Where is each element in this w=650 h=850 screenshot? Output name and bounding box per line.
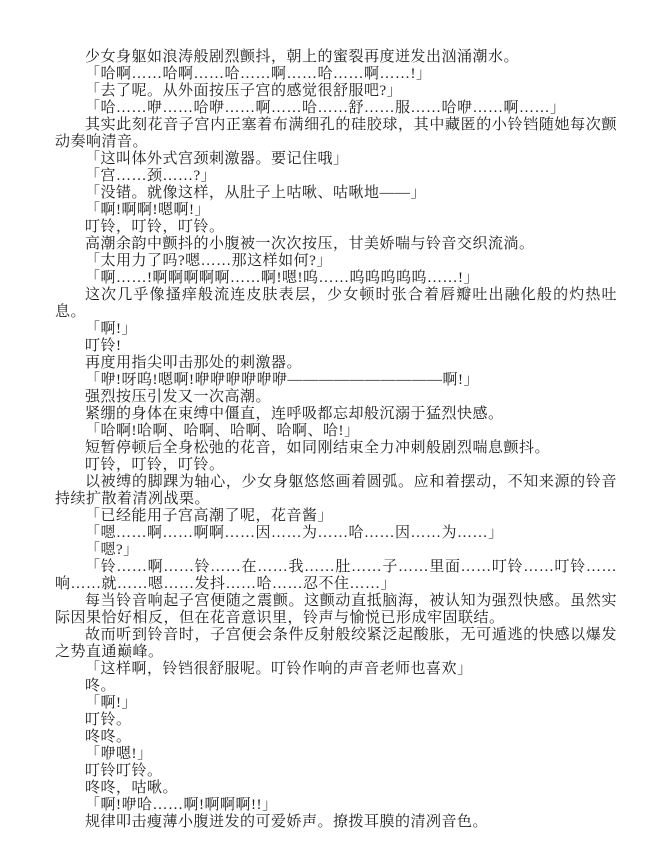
narrative-paragraph: 高潮余韵中颤抖的小腹被一次次按压，甘美娇喘与铃音交织流淌。 [55, 236, 617, 253]
narrative-paragraph: 再度用指尖叩击那处的刺激器。 [55, 355, 617, 372]
narrative-paragraph: 其实此刻花音子宫内正塞着布满细孔的硅胶球，其中藏匿的小铃铛随她每次颤动奏响清音。 [55, 117, 617, 151]
narrative-paragraph: 紧绷的身体在束缚中僵直，连呼吸都忘却般沉溺于猛烈快感。 [55, 406, 617, 423]
narrative-paragraph: 规律叩击瘦薄小腹迸发的可爱娇声。撩拨耳膜的清冽音色。 [55, 814, 617, 831]
narrative-paragraph: 短暂停顿后全身松弛的花音，如同刚结束全力冲刺般剧烈喘息颤抖。 [55, 440, 617, 457]
narrative-paragraph: 叮铃，叮铃，叮铃。 [55, 457, 617, 474]
narrative-paragraph: 叮铃叮铃。 [55, 763, 617, 780]
dialogue-line: 「这叫体外式宫颈刺激器。要记住哦」 [55, 151, 617, 168]
dialogue-line: 「没错。就像这样，从肚子上咕啾、咕啾地——」 [55, 185, 617, 202]
narrative-paragraph: 每当铃音响起子宫便随之震颤。这颤动直抵脑海，被认知为强烈快感。虽然实际因果恰好相… [55, 593, 617, 627]
narrative-paragraph: 叮铃。 [55, 712, 617, 729]
dialogue-line: 「宫……颈……?」 [55, 168, 617, 185]
narrative-paragraph: 以被缚的脚踝为轴心，少女身躯悠悠画着圆弧。应和着摆动，不知来源的铃音持续扩散着清… [55, 474, 617, 508]
narrative-paragraph: 咚咚，咕啾。 [55, 780, 617, 797]
dialogue-line: 「这样啊，铃铛很舒服呢。叮铃作响的声音老师也喜欢」 [55, 661, 617, 678]
narrative-paragraph: 咚。 [55, 678, 617, 695]
dialogue-line: 「哈……咿……哈咿……啊……哈……舒……服……哈咿……啊……」 [55, 100, 617, 117]
dialogue-line: 「嗯?」 [55, 542, 617, 559]
dialogue-line: 「啊!啊啊!嗯啊!」 [55, 202, 617, 219]
dialogue-line: 「哈啊……哈啊……哈……啊……哈……啊……!」 [55, 66, 617, 83]
narrative-paragraph: 故而听到铃音时，子宫便会条件反射般绞紧泛起酸胀，无可遁逃的快感以爆发之势直通巅峰… [55, 627, 617, 661]
dialogue-line: 「太用力了吗?嗯……那这样如何?」 [55, 253, 617, 270]
dialogue-line: 「嗯……啊……啊啊……因……为……哈……因……为……」 [55, 525, 617, 542]
narrative-paragraph: 叮铃，叮铃，叮铃。 [55, 219, 617, 236]
dialogue-line: 「铃……啊……铃……在……我……肚……子……里面……叮铃……叮铃……响……就……… [55, 559, 617, 593]
dialogue-line: 「啊!」 [55, 321, 617, 338]
dialogue-line: 「已经能用子宫高潮了呢，花音酱」 [55, 508, 617, 525]
novel-text-block: 少女身躯如浪涛般剧烈颤抖，朝上的蜜裂再度迸发出汹涌潮水。「哈啊……哈啊……哈……… [55, 49, 617, 831]
dialogue-line: 「咿!呀呜!嗯啊!咿咿咿咿咿咿——————————啊!」 [55, 372, 617, 389]
dialogue-line: 「去了呢。从外面按压子宫的感觉很舒服吧?」 [55, 83, 617, 100]
novel-page: 少女身躯如浪涛般剧烈颤抖，朝上的蜜裂再度迸发出汹涌潮水。「哈啊……哈啊……哈……… [0, 0, 650, 850]
narrative-paragraph: 咚咚。 [55, 729, 617, 746]
dialogue-line: 「啊!」 [55, 695, 617, 712]
dialogue-line: 「咿嗯!」 [55, 746, 617, 763]
narrative-paragraph: 少女身躯如浪涛般剧烈颤抖，朝上的蜜裂再度迸发出汹涌潮水。 [55, 49, 617, 66]
narrative-paragraph: 叮铃! [55, 338, 617, 355]
narrative-paragraph: 强烈按压引发又一次高潮。 [55, 389, 617, 406]
narrative-paragraph: 这次几乎像搔痒般流连皮肤表层，少女顿时张合着唇瓣吐出融化般的灼热吐息。 [55, 287, 617, 321]
dialogue-line: 「哈啊!哈啊、哈啊、哈啊、哈啊、哈!」 [55, 423, 617, 440]
dialogue-line: 「啊……!啊啊啊啊啊……啊!嗯!呜……呜呜呜呜呜……!」 [55, 270, 617, 287]
dialogue-line: 「啊!咿哈……啊!啊啊啊!!」 [55, 797, 617, 814]
